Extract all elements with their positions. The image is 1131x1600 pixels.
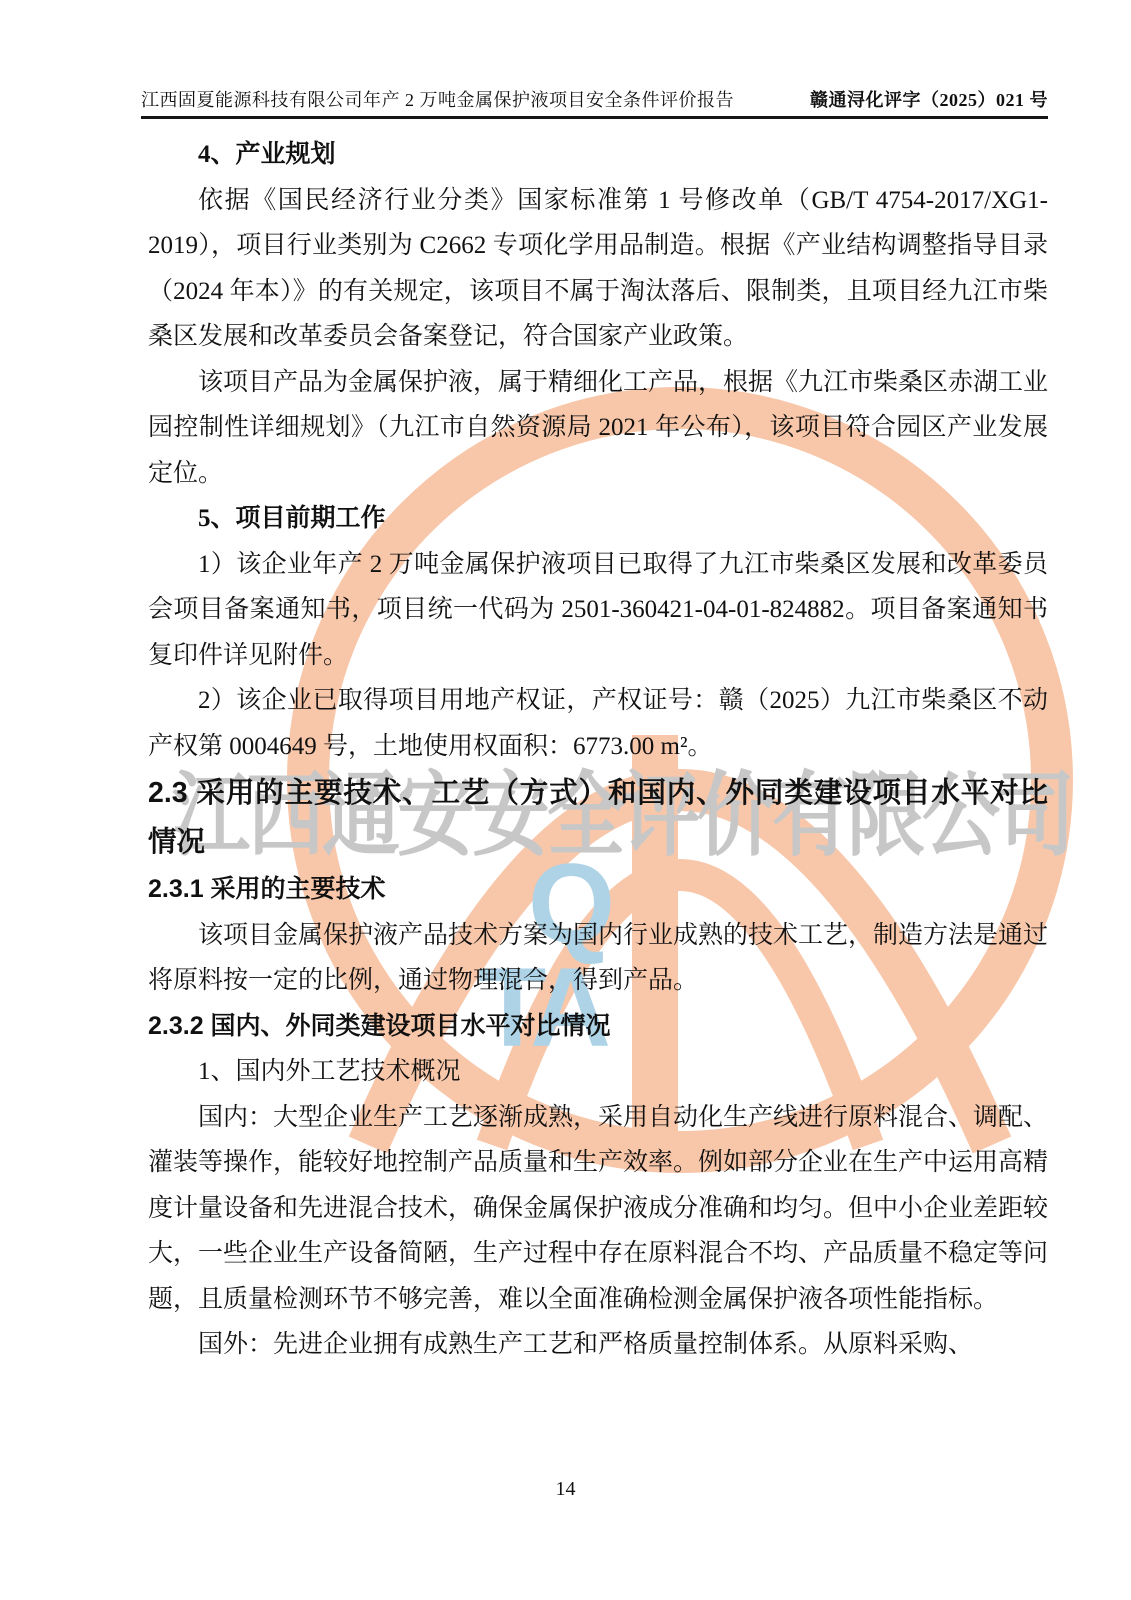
section-heading-2-3-2: 2.3.2 国内、外同类建设项目水平对比情况 bbox=[148, 1004, 1048, 1050]
section-heading-2-3: 2.3 采用的主要技术、工艺（方式）和国内、外同类建设项目水平对比情况 bbox=[148, 769, 1048, 867]
header-document-number: 赣通浔化评字（2025）021 号 bbox=[810, 86, 1048, 112]
section-heading-5: 5、项目前期工作 bbox=[148, 496, 1048, 542]
paragraph: 1）该企业年产 2 万吨金属保护液项目已取得了九江市柴桑区发展和改革委员会项目备… bbox=[148, 542, 1048, 679]
section-heading-2-3-1: 2.3.1 采用的主要技术 bbox=[148, 867, 1048, 913]
section-heading-4: 4、产业规划 bbox=[148, 132, 1048, 178]
paragraph: 该项目金属保护液产品技术方案为国内行业成熟的技术工艺，制造方法是通过将原料按一定… bbox=[148, 913, 1048, 1004]
paragraph: 2）该企业已取得项目用地产权证，产权证号：赣（2025）九江市柴桑区不动产权第 … bbox=[148, 678, 1048, 769]
paragraph: 该项目产品为金属保护液，属于精细化工产品，根据《九江市柴桑区赤湖工业园控制性详细… bbox=[148, 360, 1048, 497]
paragraph: 国外：先进企业拥有成熟生产工艺和严格质量控制体系。从原料采购、 bbox=[148, 1322, 1048, 1368]
page-number: 14 bbox=[0, 1478, 1131, 1501]
document-page: Q TA 江西通安安全评价有限公司 江西固夏能源科技有限公司年产 2 万吨金属保… bbox=[0, 0, 1131, 1600]
header-report-title: 江西固夏能源科技有限公司年产 2 万吨金属保护液项目安全条件评价报告 bbox=[141, 86, 734, 112]
paragraph: 国内：大型企业生产工艺逐渐成熟，采用自动化生产线进行原料混合、调配、灌装等操作，… bbox=[148, 1095, 1048, 1323]
paragraph: 依据《国民经济行业分类》国家标准第 1 号修改单（GB/T 4754-2017/… bbox=[148, 178, 1048, 360]
page-header: 江西固夏能源科技有限公司年产 2 万吨金属保护液项目安全条件评价报告 赣通浔化评… bbox=[141, 86, 1048, 119]
paragraph: 1、国内外工艺技术概况 bbox=[148, 1049, 1048, 1095]
document-body: 4、产业规划 依据《国民经济行业分类》国家标准第 1 号修改单（GB/T 475… bbox=[148, 132, 1048, 1368]
